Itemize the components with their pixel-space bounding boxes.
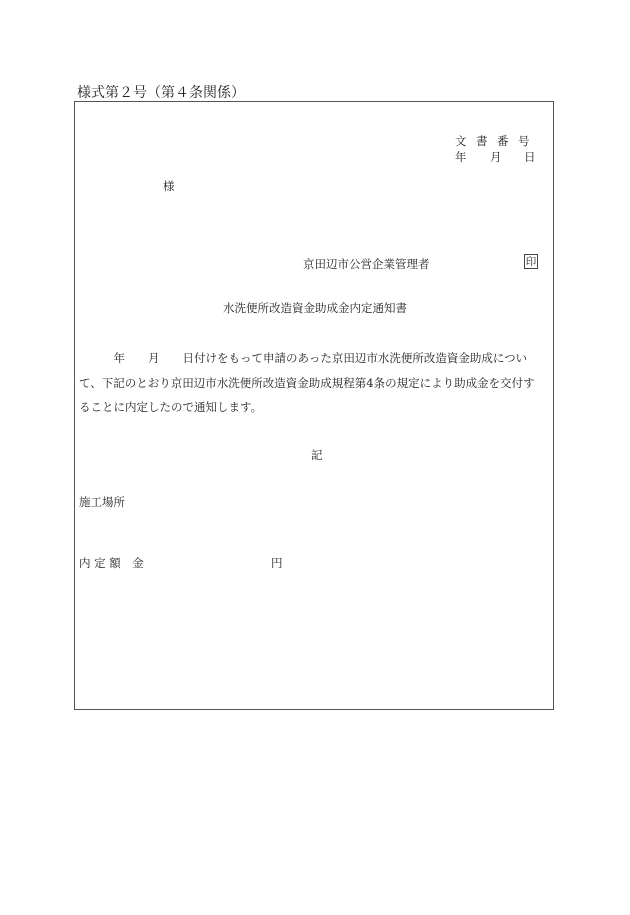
- notice-body: 年 月 日付けをもって申請のあった京田辺市水洗便所改造資金助成につい て、下記の…: [79, 346, 555, 420]
- date-month: 月: [490, 149, 524, 165]
- doc-number-char: 文: [455, 133, 476, 149]
- construction-site-label: 施工場所: [79, 494, 125, 510]
- ki-heading: 記: [311, 447, 323, 463]
- date-year: 年: [455, 149, 490, 165]
- seal-icon: 印: [524, 254, 538, 269]
- body-line: ることに内定したので通知します。: [79, 395, 555, 420]
- document-number: 文書番号: [455, 133, 539, 149]
- issue-date: 年月日: [455, 149, 536, 165]
- body-line: て、下記のとおり京田辺市水洗便所改造資金助成規程第4条の規定により助成金を交付す: [79, 371, 555, 396]
- amount-unit: 円: [271, 555, 283, 571]
- document-title: 水洗便所改造資金助成金内定通知書: [223, 300, 407, 316]
- issuer-name: 京田辺市公営企業管理者: [303, 256, 430, 272]
- date-day: 日: [524, 149, 536, 165]
- approved-amount-label: 内 定 額 金: [79, 555, 144, 571]
- body-line: 年 月 日付けをもって申請のあった京田辺市水洗便所改造資金助成につい: [79, 346, 555, 371]
- doc-number-char: 番: [497, 133, 518, 149]
- doc-number-char: 号: [518, 133, 539, 149]
- doc-number-char: 書: [476, 133, 497, 149]
- recipient-honorific: 様: [163, 178, 175, 194]
- form-number-label: 様式第２号（第４条関係）: [77, 82, 245, 102]
